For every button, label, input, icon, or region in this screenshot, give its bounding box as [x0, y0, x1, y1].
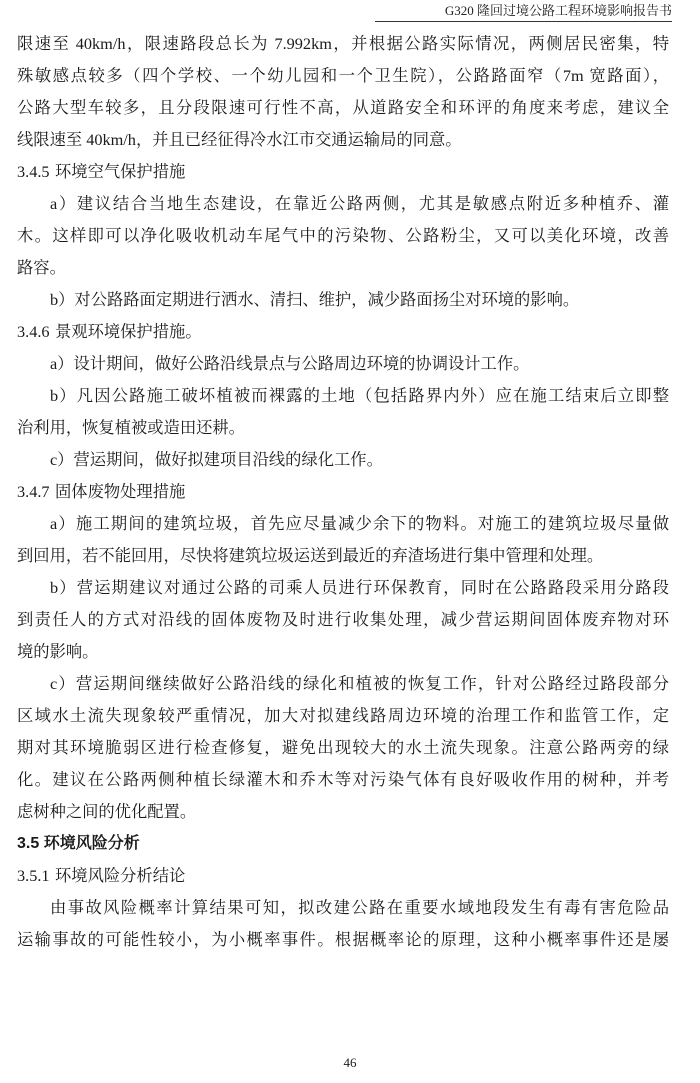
section-heading-3-4-5: 3.4.5环境空气保护措施 [17, 156, 669, 188]
page-number: 46 [0, 1055, 700, 1071]
text-line: 到责任人的方式对沿线的固体废物及时进行收集处理，减少营运期间固体废弃物对环 [17, 604, 669, 636]
paragraph-3-4-6-a: a）设计期间，做好公路沿线景点与公路周边环境的协调设计工作。 [17, 348, 669, 380]
paragraph-3-4-6-c: c）营运期间，做好拟建项目沿线的绿化工作。 [17, 444, 669, 476]
text-line: b）营运期建议对通过公路的司乘人员进行环保教育，同时在公路路段采用分路段 [17, 572, 669, 604]
section-title: 环境风险分析 [44, 835, 140, 852]
paragraph-3-4-5-a: a）建议结合当地生态建设，在靠近公路两侧，尤其是敏感点附近多种植乔、灌 木。这样… [17, 188, 669, 284]
section-title: 景观环境保护措施。 [55, 322, 202, 341]
text-line: a）施工期间的建筑垃圾，首先应尽量减少余下的物料。对施工的建筑垃圾尽量做 [17, 508, 669, 540]
section-number: 3.5.1 [17, 860, 55, 892]
text-line: 运输事故的可能性较小，为小概率事件。根据概率论的原理，这种小概率事件还是屡 [17, 924, 669, 956]
text-line: c）营运期间，做好拟建项目沿线的绿化工作。 [17, 444, 669, 476]
text-line: 由事故风险概率计算结果可知，拟改建公路在重要水域地段发生有毒有害危险品 [17, 892, 669, 924]
section-number: 3.4.5 [17, 156, 55, 188]
section-title: 固体废物处理措施 [55, 482, 185, 501]
text-line: b）对公路路面定期进行洒水、清扫、维护，减少路面扬尘对环境的影响。 [17, 284, 669, 316]
section-number: 3.4.6 [17, 316, 55, 348]
text-line: 区域水土流失现象较严重情况，加大对拟建线路周边环境的治理工作和监管工作，定 [17, 700, 669, 732]
paragraph-3-4-5-b: b）对公路路面定期进行洒水、清扫、维护，减少路面扬尘对环境的影响。 [17, 284, 669, 316]
text-line: 线限速至 40km/h，并且已经征得冷水江市交通运输局的同意。 [17, 124, 669, 156]
text-line: 期对其环境脆弱区进行检查修复，避免出现较大的水土流失现象。注意公路两旁的绿 [17, 732, 669, 764]
text-line: a）建议结合当地生态建设，在靠近公路两侧，尤其是敏感点附近多种植乔、灌 [17, 188, 669, 220]
paragraph-3-4-7-b: b）营运期建议对通过公路的司乘人员进行环保教育，同时在公路路段采用分路段 到责任… [17, 572, 669, 668]
paragraph-3-4-7-a: a）施工期间的建筑垃圾，首先应尽量减少余下的物料。对施工的建筑垃圾尽量做 到回用… [17, 508, 669, 572]
section-title: 环境空气保护措施 [55, 162, 185, 181]
section-number: 3.4.7 [17, 476, 55, 508]
paragraph-3-4-6-b: b）凡因公路施工破坏植被而裸露的土地（包括路界内外）应在施工结束后立即整 治利用… [17, 380, 669, 444]
text-line: 境的影响。 [17, 636, 669, 668]
section-heading-3-5-1: 3.5.1环境风险分析结论 [17, 860, 669, 892]
section-title: 环境风险分析结论 [55, 866, 185, 885]
text-line: 治利用，恢复植被或造田还耕。 [17, 412, 669, 444]
text-line: 到回用，若不能回用，尽快将建筑垃圾运送到最近的弃渣场进行集中管理和处理。 [17, 540, 669, 572]
intro-paragraph: 限速至 40km/h，限速路段总长为 7.992km，并根据公路实际情况，两侧居… [17, 28, 669, 156]
section-heading-3-4-7: 3.4.7固体废物处理措施 [17, 476, 669, 508]
section-heading-3-4-6: 3.4.6景观环境保护措施。 [17, 316, 669, 348]
text-line: 虑树种之间的优化配置。 [17, 796, 669, 828]
text-line: 木。这样即可以净化吸收机动车尾气中的污染物、公路粉尘，又可以美化环境，改善 [17, 220, 669, 252]
running-header: G320 隆回过境公路工程环境影响报告书 [375, 2, 672, 22]
text-line: 化。建议在公路两侧种植长绿灌木和乔木等对污染气体有良好吸收作用的树种，并考 [17, 764, 669, 796]
page-body: 限速至 40km/h，限速路段总长为 7.992km，并根据公路实际情况，两侧居… [17, 28, 669, 956]
text-line: 限速至 40km/h，限速路段总长为 7.992km，并根据公路实际情况，两侧居… [17, 28, 669, 60]
text-line: 路容。 [17, 252, 669, 284]
text-line: 公路大型车较多，且分段限速可行性不高，从道路安全和环评的角度来考虑，建议全 [17, 92, 669, 124]
paragraph-3-4-7-c: c）营运期间继续做好公路沿线的绿化和植被的恢复工作，针对公路经过路段部分 区域水… [17, 668, 669, 828]
text-line: c）营运期间继续做好公路沿线的绿化和植被的恢复工作，针对公路经过路段部分 [17, 668, 669, 700]
text-line: a）设计期间，做好公路沿线景点与公路周边环境的协调设计工作。 [17, 348, 669, 380]
section-heading-3-5: 3.5 环境风险分析 [17, 828, 669, 860]
section-number: 3.5 [17, 835, 39, 852]
text-line: 殊敏感点较多（四个学校、一个幼儿园和一个卫生院），公路路面窄（7m 宽路面）， [17, 60, 669, 92]
paragraph-3-5-1: 由事故风险概率计算结果可知，拟改建公路在重要水域地段发生有毒有害危险品 运输事故… [17, 892, 669, 956]
text-line: b）凡因公路施工破坏植被而裸露的土地（包括路界内外）应在施工结束后立即整 [17, 380, 669, 412]
